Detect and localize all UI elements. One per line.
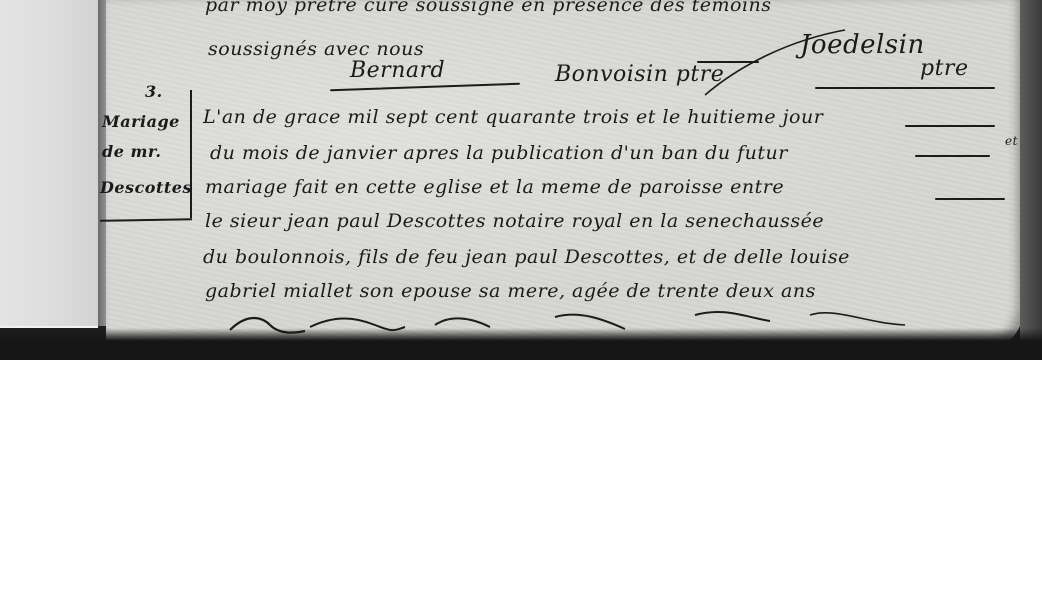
body-line-4: le sieur jean paul Descottes notaire roy… <box>205 210 824 232</box>
adjacent-page-edge <box>0 0 98 328</box>
right-margin-mark: et <box>1005 134 1018 148</box>
margin-note-line-2: de mr. <box>102 142 161 161</box>
line-filler-1 <box>905 125 995 127</box>
line-filler-3 <box>935 198 1005 200</box>
body-line-1: L'an de grace mil sept cent quarante tro… <box>203 106 823 128</box>
previous-entry-line-1: par moy pretre curé soussigné en presenc… <box>205 0 772 16</box>
body-line-3: mariage fait en cette eglise et la meme … <box>205 176 784 198</box>
body-line-5: du boulonnois, fils de feu jean paul Des… <box>203 246 850 268</box>
margin-note-line-1: Mariage <box>102 112 180 131</box>
closing-flourishes <box>225 305 1005 345</box>
signature-bernard: Bernard <box>350 58 445 83</box>
margin-bracket <box>190 90 196 218</box>
entry-number: 3. <box>145 82 163 101</box>
signature-flourish <box>700 25 850 105</box>
body-line-6: gabriel miallet son epouse sa mere, agée… <box>205 280 816 302</box>
register-scan: par moy pretre curé soussigné en presenc… <box>0 0 1042 360</box>
signature-ptre: ptre <box>920 56 968 81</box>
page-edge-shadow <box>1020 0 1042 360</box>
body-line-2: du mois de janvier apres la publication … <box>210 142 788 164</box>
margin-note-line-3: Descottes <box>100 178 192 197</box>
empty-canvas <box>0 360 1042 600</box>
previous-entry-line-2: soussignés avec nous <box>208 38 424 60</box>
signature-bonvoisin: Bonvoisin ptre <box>555 62 724 87</box>
line-filler-2 <box>915 155 990 157</box>
